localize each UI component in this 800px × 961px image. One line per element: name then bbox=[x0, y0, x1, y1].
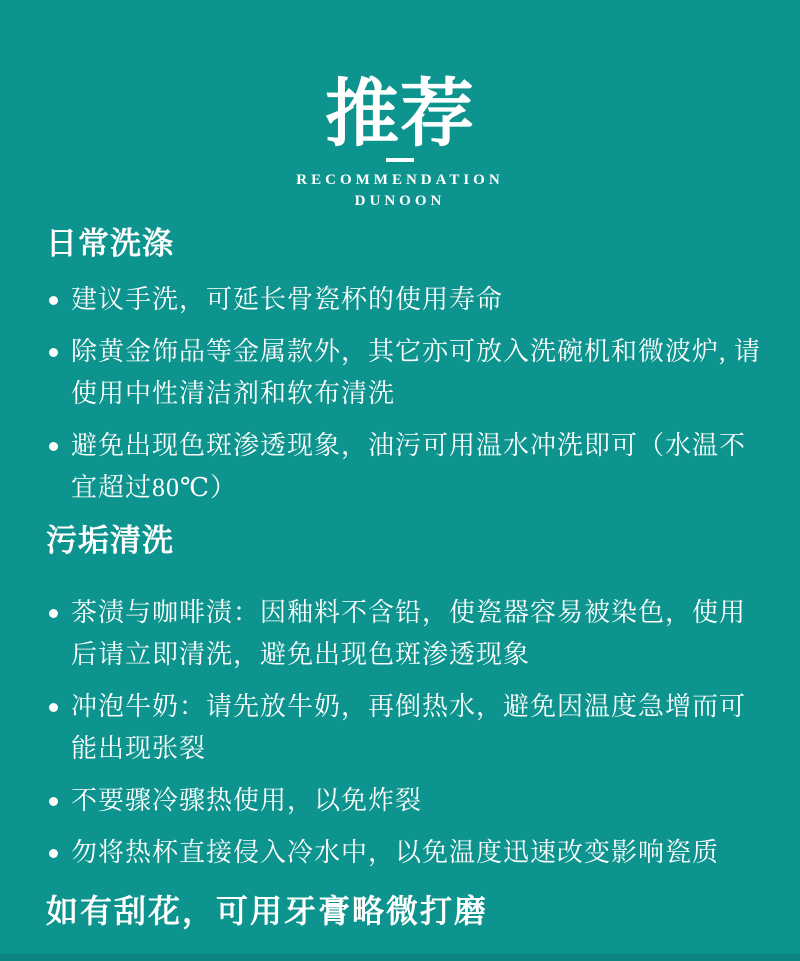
bullet-list-daily-washing: 建议手洗，可延长骨瓷杯的使用寿命 除黄金饰品等金属款外，其它亦可放入洗碗机和微波… bbox=[0, 279, 800, 509]
brand-subtitle-line1: RECOMMENDATION bbox=[0, 170, 800, 191]
bullet-dot bbox=[49, 703, 58, 712]
bullet-list-stain-cleaning: 茶渍与咖啡渍：因釉料不含铅，使瓷器容易被染色，使用后请立即清洗，避免出现色斑渗透… bbox=[0, 592, 800, 874]
section-heading-stain-cleaning: 污垢清洗 bbox=[0, 523, 800, 558]
bullet-dot bbox=[49, 348, 58, 357]
list-item: 冲泡牛奶：请先放牛奶，再倒热水，避免因温度急增而可能出现张裂 bbox=[46, 686, 772, 770]
list-item-text: 勿将热杯直接侵入冷水中，以免温度迅速改变影响瓷质 bbox=[71, 832, 719, 874]
header: 推荐 RECOMMENDATION DUNOON bbox=[0, 0, 800, 212]
title-underscore-divider bbox=[386, 158, 414, 162]
list-item: 建议手洗，可延长骨瓷杯的使用寿命 bbox=[46, 279, 772, 321]
list-item-text: 避免出现色斑渗透现象，油污可用温水冲洗即可（水温不宜超过80℃） bbox=[71, 425, 772, 509]
page-title: 推荐 bbox=[0, 0, 800, 154]
bullet-dot bbox=[49, 849, 58, 858]
list-item-text: 除黄金饰品等金属款外，其它亦可放入洗碗机和微波炉, 请使用中性清洁剂和软布清洗 bbox=[71, 331, 772, 415]
list-item: 茶渍与咖啡渍：因釉料不含铅，使瓷器容易被染色，使用后请立即清洗，避免出现色斑渗透… bbox=[46, 592, 772, 676]
bullet-dot bbox=[49, 797, 58, 806]
bottom-edge-strip bbox=[0, 954, 800, 961]
footer-note: 如有刮花，可用牙膏略微打磨 bbox=[0, 892, 800, 930]
list-item-text: 不要骤冷骤热使用，以免炸裂 bbox=[71, 780, 422, 822]
list-item: 避免出现色斑渗透现象，油污可用温水冲洗即可（水温不宜超过80℃） bbox=[46, 425, 772, 509]
list-item: 不要骤冷骤热使用，以免炸裂 bbox=[46, 780, 772, 822]
list-item-text: 建议手洗，可延长骨瓷杯的使用寿命 bbox=[71, 279, 503, 321]
care-instructions-page: 推荐 RECOMMENDATION DUNOON 日常洗涤 建议手洗，可延长骨瓷… bbox=[0, 0, 800, 961]
list-item: 勿将热杯直接侵入冷水中，以免温度迅速改变影响瓷质 bbox=[46, 832, 772, 874]
bullet-dot bbox=[49, 296, 58, 305]
bullet-dot bbox=[49, 442, 58, 451]
list-item: 除黄金饰品等金属款外，其它亦可放入洗碗机和微波炉, 请使用中性清洁剂和软布清洗 bbox=[46, 331, 772, 415]
bullet-dot bbox=[49, 609, 58, 618]
list-item-text: 冲泡牛奶：请先放牛奶，再倒热水，避免因温度急增而可能出现张裂 bbox=[71, 686, 772, 770]
section-heading-daily-washing: 日常洗涤 bbox=[0, 226, 800, 261]
list-item-text: 茶渍与咖啡渍：因釉料不含铅，使瓷器容易被染色，使用后请立即清洗，避免出现色斑渗透… bbox=[71, 592, 772, 676]
brand-subtitle-line2: DUNOON bbox=[0, 191, 800, 212]
